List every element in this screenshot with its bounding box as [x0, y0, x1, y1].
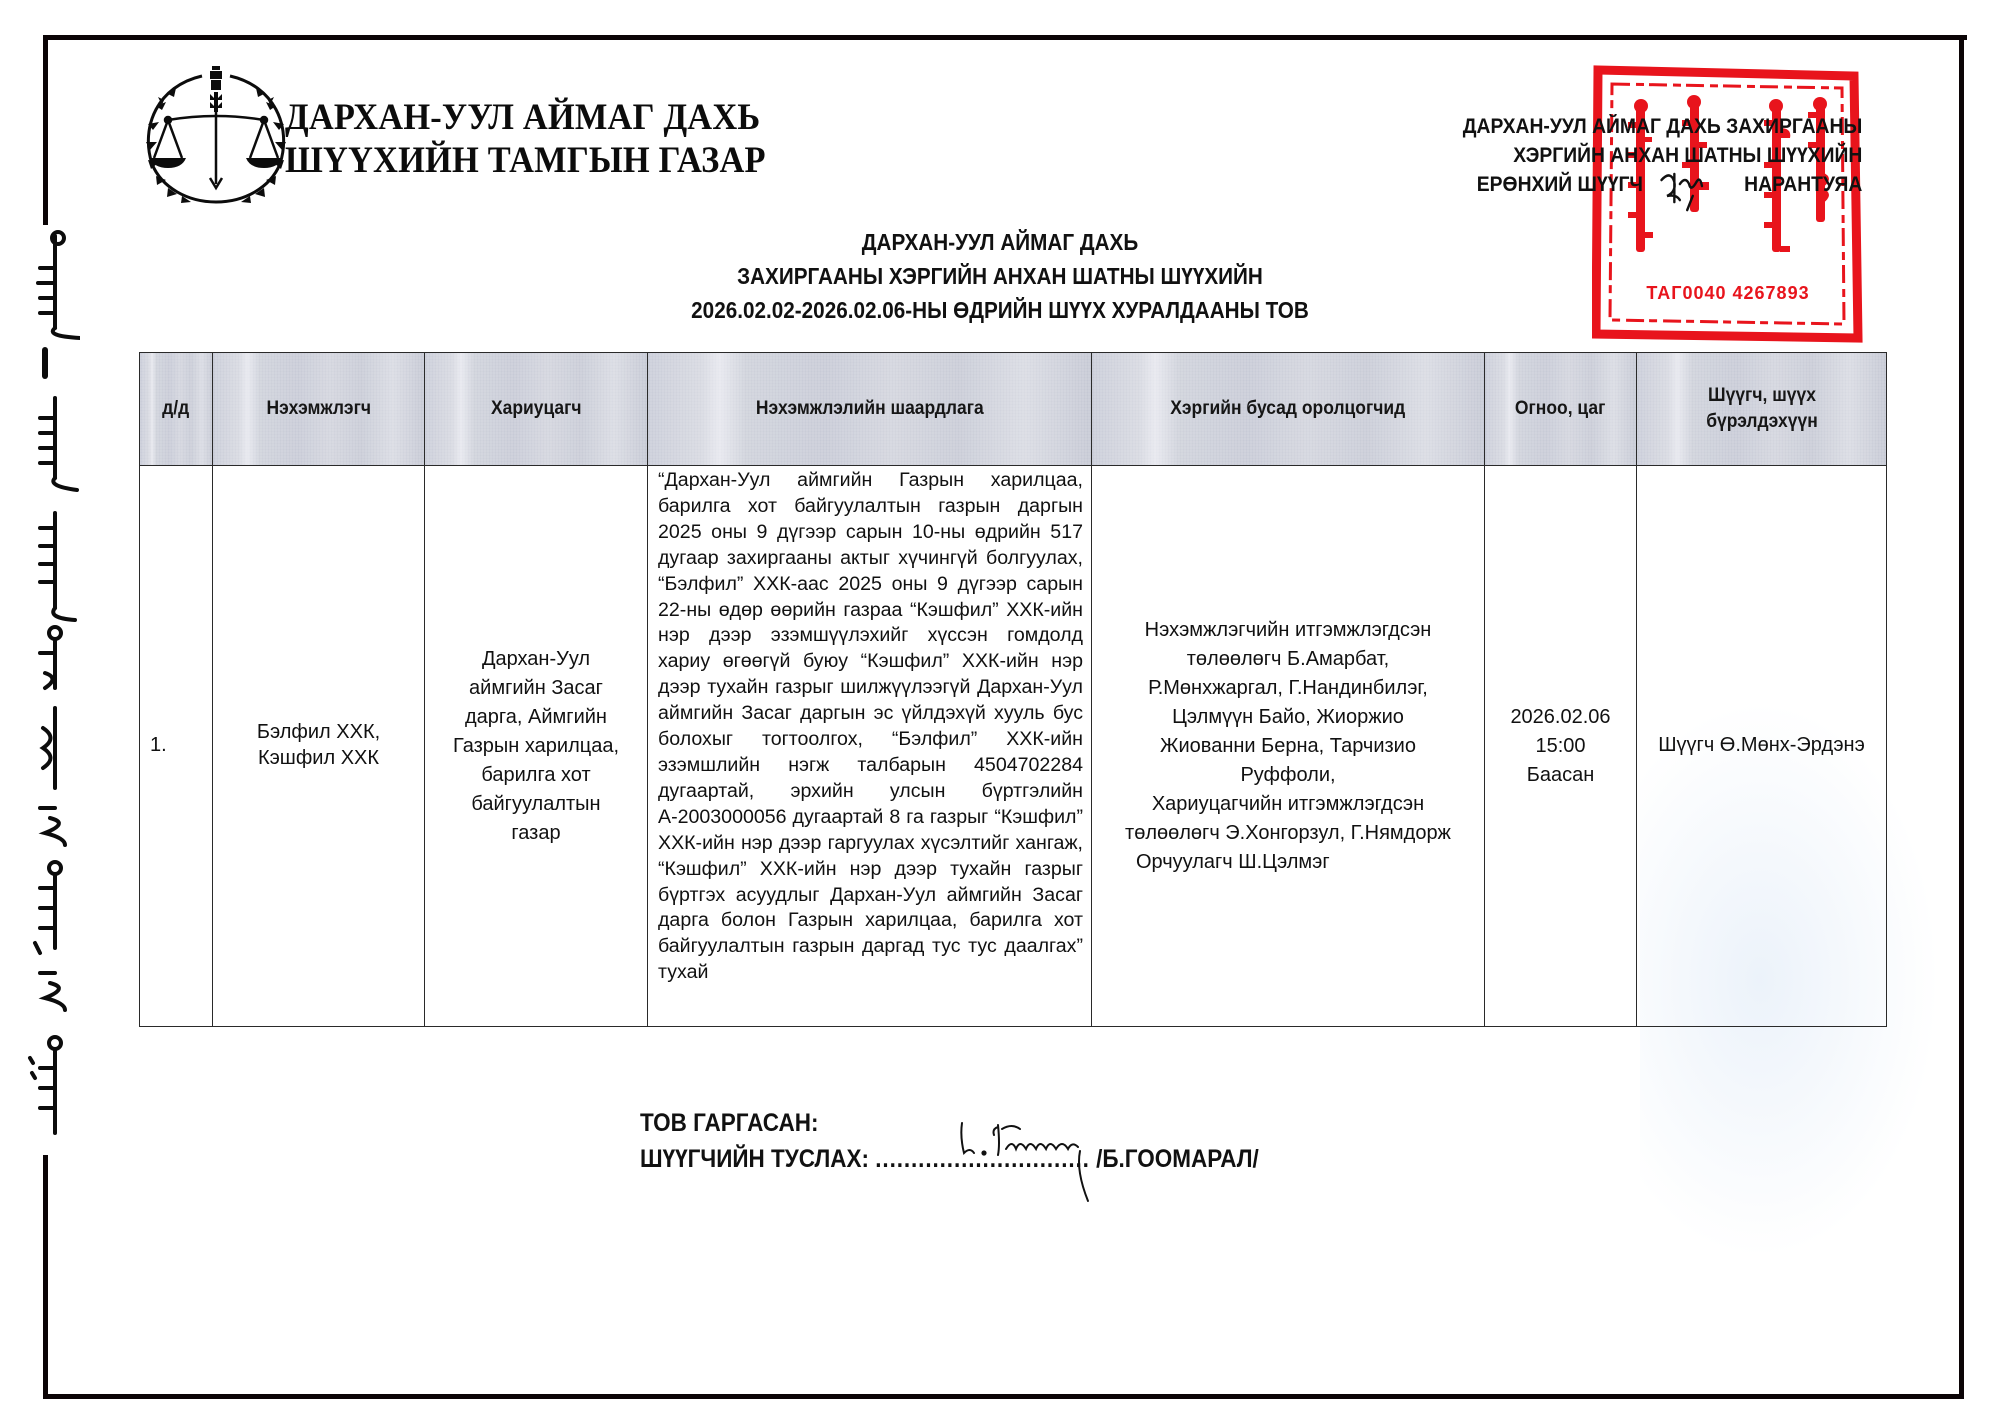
cell-defendant: Дархан-Уул аймгийн Засаг дарга, Аймгийн …: [425, 466, 648, 1027]
cell-datetime: 2026.02.06 15:00 Баасан: [1485, 466, 1637, 1027]
court-emblem-icon: [138, 66, 294, 206]
page-frame-bottom: [43, 1394, 1964, 1399]
participant-line: Цэлмүүн Байо, Жиоржио: [1098, 703, 1478, 732]
hearing-time: 15:00: [1491, 732, 1630, 761]
participant-line: Нэхэмжлэгчийн итгэмжлэгдсэн: [1098, 616, 1478, 645]
page-frame-right: [1959, 35, 1964, 1399]
assistant-label: ШҮҮГЧИЙН ТУСЛАХ:: [640, 1145, 869, 1173]
cell-participants: Нэхэмжлэгчийн итгэмжлэгдсэн төлөөлөгч Б.…: [1092, 466, 1485, 1027]
hearing-weekday: Баасан: [1491, 761, 1630, 790]
chief-judge-title: ЕРӨНХИЙ ШҮҮГЧ: [1476, 170, 1642, 199]
participant-line: Хариуцагчийн итгэмжлэгдсэн: [1098, 790, 1478, 819]
official-seal: ТАГ0040 4267893: [1592, 62, 1864, 344]
hearing-schedule-table: д/д Нэхэмжлэгч Хариуцагч Нэхэмжлэлийн ша…: [139, 352, 1887, 1027]
header-participants: Хэргийн бусад оролцогчид: [1092, 353, 1485, 466]
participant-line: төлөөлөгч Э.Хонгорзул, Г.Нямдорж: [1098, 819, 1478, 848]
assistant-name: /Б.ГООМАРАЛ/: [1096, 1145, 1259, 1173]
participant-line: Р.Мөнхжаргал, Г.Нандинбилэг,: [1098, 674, 1478, 703]
header-datetime-label: Огноо, цаг: [1515, 396, 1605, 422]
header-number: д/д: [140, 353, 213, 466]
participant-line: Орчуулагч Ш.Цэлмэг: [1098, 848, 1478, 877]
header-participants-label: Хэргийн бусад оролцогчид: [1170, 396, 1405, 422]
header-judge: Шүүгч, шүүх бүрэлдэхүүн: [1637, 353, 1887, 466]
header-plaintiff: Нэхэмжлэгч: [213, 353, 425, 466]
header-defendant: Хариуцагч: [425, 353, 648, 466]
approval-block: ДАРХАН-УУЛ АЙМАГ ДАХЬ ЗАХИРГААНЫ ХЭРГИЙН…: [1462, 112, 1862, 199]
chief-judge-signature: [1656, 166, 1711, 216]
vertical-mongolian-script: [10, 228, 80, 1148]
institution-name-line1: ДАРХАН-УУЛ АЙМАГ ДАХЬ: [285, 96, 766, 139]
table-header-row: д/д Нэхэмжлэгч Хариуцагч Нэхэмжлэлийн ша…: [140, 353, 1887, 466]
institution-name: ДАРХАН-УУЛ АЙМАГ ДАХЬ ШҮҮХИЙН ТАМГЫН ГАЗ…: [285, 96, 766, 182]
cell-judge: Шүүгч Ө.Мөнх-Эрдэнэ: [1637, 466, 1887, 1027]
header-defendant-label: Хариуцагч: [491, 396, 582, 422]
defendant-text: Дархан-Уул аймгийн Засаг дарга, Аймгийн …: [446, 645, 626, 848]
participants-list: Нэхэмжлэгчийн итгэмжлэгдсэн төлөөлөгч Б.…: [1098, 616, 1478, 877]
page-frame-top: [43, 35, 1967, 40]
institution-name-line2: ШҮҮХИЙН ТАМГЫН ГАЗАР: [285, 139, 766, 182]
participant-line: төлөөлөгч Б.Амарбат,: [1098, 645, 1478, 674]
cell-number: 1.: [140, 466, 213, 1027]
header-claim-label: Нэхэмжлэлийн шаардлага: [756, 396, 984, 422]
seal-code: ТАГ0040 4267893: [1592, 283, 1864, 304]
cell-claim: “Дархан-Уул аймгийн Газрын харилцаа, бар…: [648, 466, 1092, 1027]
header-plaintiff-label: Нэхэмжлэгч: [266, 396, 370, 422]
header-claim: Нэхэмжлэлийн шаардлага: [648, 353, 1092, 466]
header-number-label: д/д: [162, 396, 189, 422]
page-frame-left-upper: [43, 35, 48, 225]
hearing-date: 2026.02.06: [1491, 703, 1630, 732]
participant-line: Руффоли,: [1098, 761, 1478, 790]
header-judge-label: Шүүгч, шүүх бүрэлдэхүүн: [1693, 383, 1831, 435]
plaintiff-text: Бэлфил ХХК, Кэшфил ХХК: [249, 720, 389, 771]
chief-judge-name: НАРАНТУЯА: [1744, 170, 1862, 199]
approval-line1: ДАРХАН-УУЛ АЙМАГ ДАХЬ ЗАХИРГААНЫ: [1462, 112, 1862, 141]
cell-plaintiff: Бэлфил ХХК, Кэшфил ХХК: [213, 466, 425, 1027]
assistant-signature: [940, 1115, 1120, 1205]
header-datetime: Огноо, цаг: [1485, 353, 1637, 466]
page-frame-left-lower: [43, 1155, 48, 1399]
table-row: 1. Бэлфил ХХК, Кэшфил ХХК Дархан-Уул айм…: [140, 466, 1887, 1027]
participant-line: Жиованни Берна, Тарчизио: [1098, 732, 1478, 761]
